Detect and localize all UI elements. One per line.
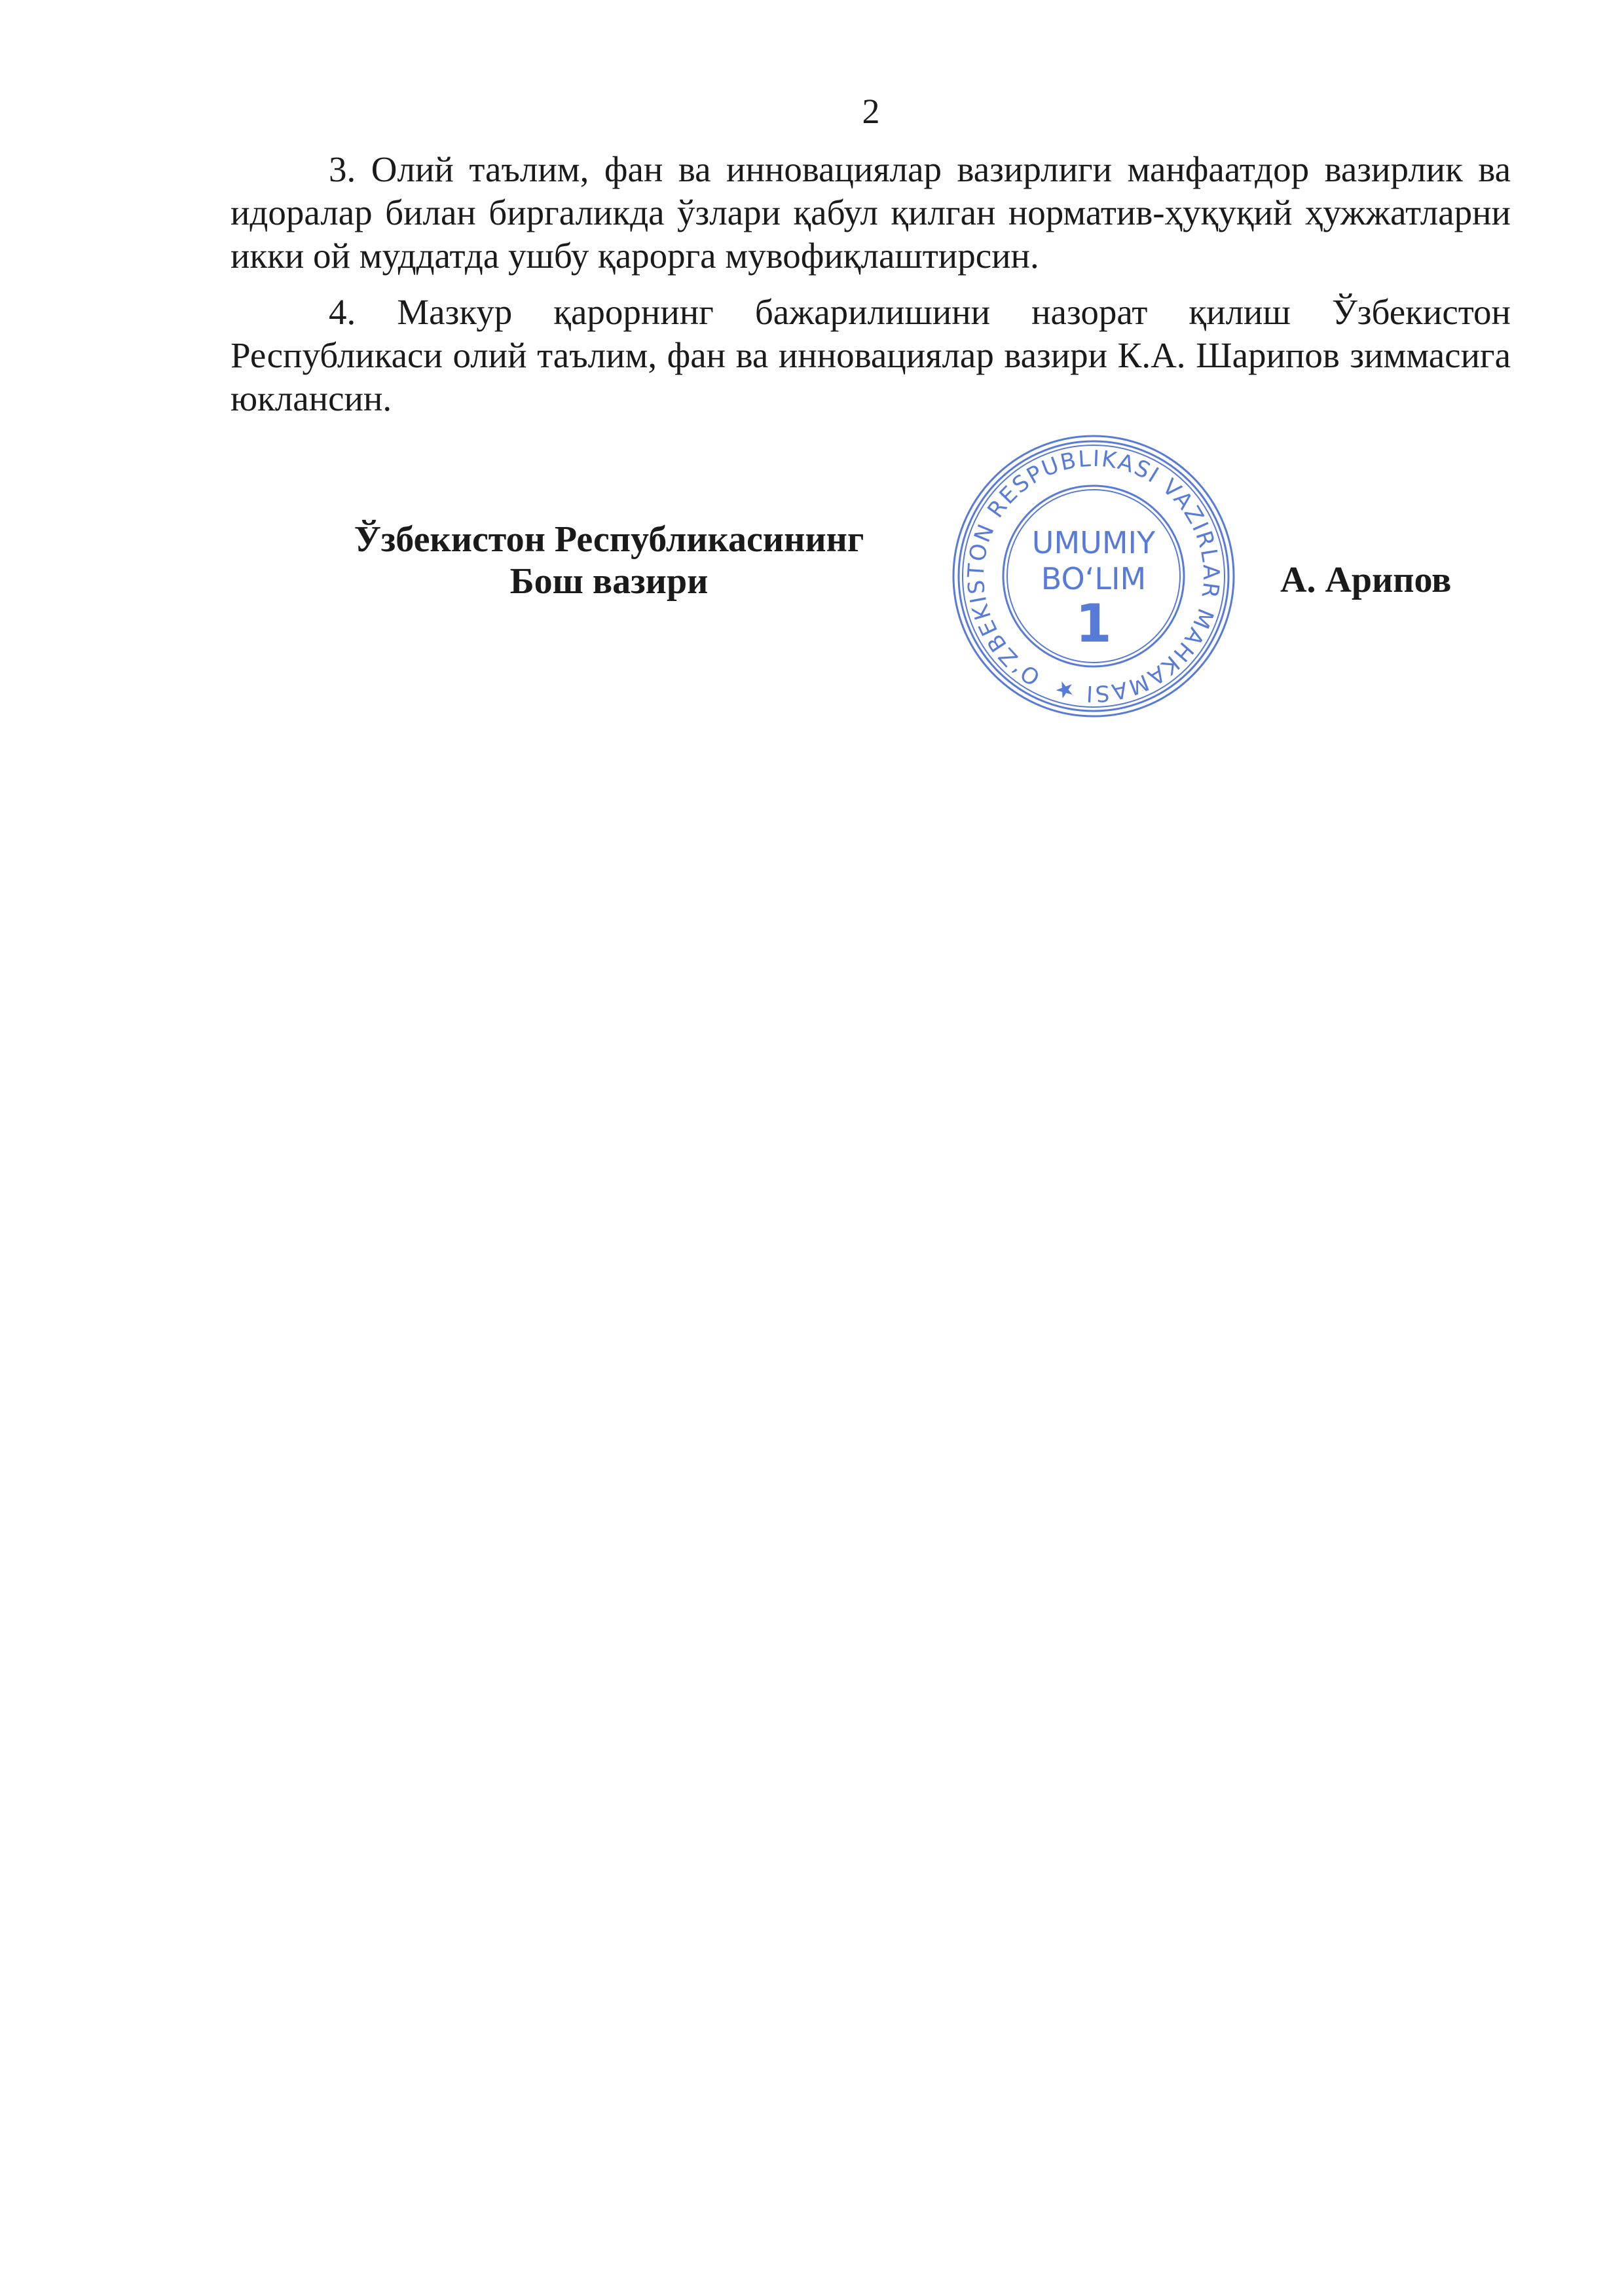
page-number: 2 — [851, 92, 891, 131]
official-stamp: O‘ZBEKISTON RESPUBLIKASI VAZIRLAR MAHKAM… — [946, 429, 1241, 723]
signatory-title-line2: Бош вазири — [314, 560, 904, 602]
paragraph-text: Олий таълим, фан ва инновациялар вазирли… — [231, 149, 1511, 276]
document-page: 2 3. Олий таълим, фан ва инновациялар ва… — [0, 0, 1624, 2296]
signatory-title: Ўзбекистон Республикасининг Бош вазири — [314, 519, 904, 602]
paragraph-text: Мазкур қарорнинг бажарилишини назорат қи… — [231, 292, 1511, 418]
stamp-center-line1: UMUMIY — [1032, 525, 1156, 560]
paragraph-3: 3. Олий таълим, фан ва инновациялар вази… — [231, 148, 1511, 278]
stamp-seal-icon: O‘ZBEKISTON RESPUBLIKASI VAZIRLAR MAHKAM… — [946, 429, 1241, 723]
paragraph-number: 3. — [329, 149, 356, 189]
stamp-center-line2: BO‘LIM — [1041, 561, 1146, 596]
paragraph-4: 4. Мазкур қарорнинг бажарилишини назорат… — [231, 291, 1511, 420]
paragraph-number: 4. — [329, 292, 356, 332]
stamp-center-number: 1 — [1075, 593, 1112, 654]
document-body: 3. Олий таълим, фан ва инновациялар вази… — [231, 148, 1511, 420]
signatory-name: А. Арипов — [1280, 559, 1451, 601]
signatory-title-line1: Ўзбекистон Республикасининг — [314, 519, 904, 560]
